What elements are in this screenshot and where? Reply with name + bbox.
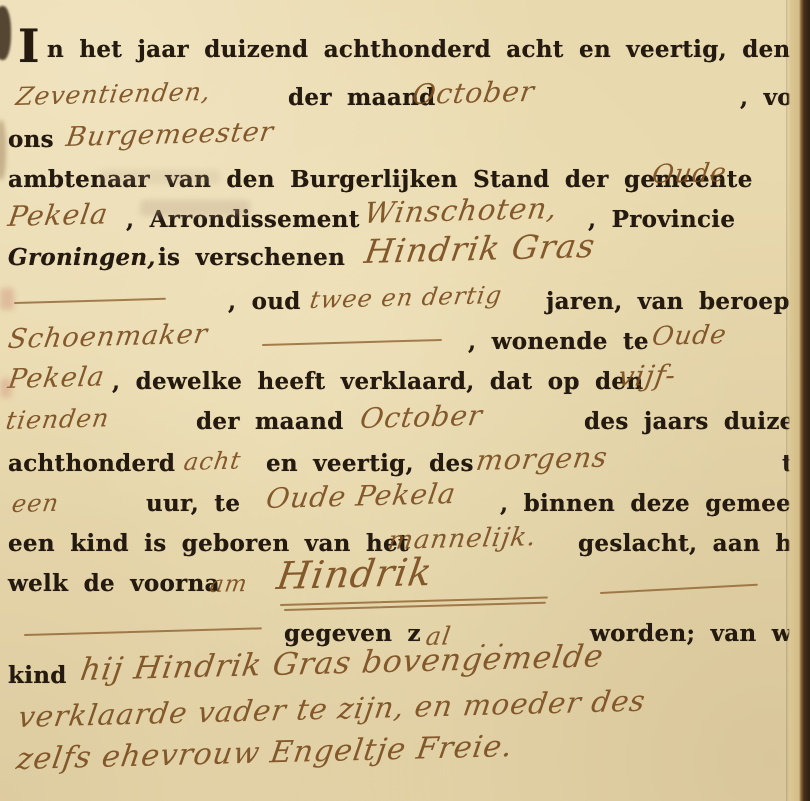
handwritten-birth-day-part2: tienden bbox=[4, 403, 112, 435]
printed-uur-te: uur, te bbox=[146, 490, 240, 517]
handwritten-municipality-2: Pekela bbox=[6, 197, 111, 233]
printed-en-veertig-des: en veertig, des bbox=[266, 450, 474, 477]
printed-worden-van-welk: worden; van welk bbox=[590, 620, 810, 647]
red-stain bbox=[0, 378, 12, 398]
handwritten-time-of-day: morgens bbox=[474, 441, 610, 477]
handwritten-age: twee en dertig bbox=[308, 281, 504, 314]
line-birth-month: tienden der maand October des jaars duiz… bbox=[0, 400, 810, 448]
printed-kind: kind bbox=[8, 662, 67, 689]
line-mother: zelfs ehevrouw Engeltje Freie. bbox=[0, 740, 810, 788]
line-registration-date: Zeventienden, der maand October , voor bbox=[0, 76, 810, 124]
handwritten-declarant-name: Hindrik Gras bbox=[362, 226, 598, 271]
printed-binnen-gemeente: , binnen deze gemeente, bbox=[500, 490, 810, 517]
ink-stroke bbox=[14, 298, 166, 304]
printed-achthonderd: achthonderd bbox=[8, 450, 175, 477]
document-page: I n het jaar duizend achthonderd acht en… bbox=[0, 0, 810, 801]
handwritten-residence-2: Pekela bbox=[6, 361, 107, 395]
line-verschenen: Groningen, is verschenen Hindrik Gras bbox=[0, 236, 810, 284]
handwritten-birth-day-part1: vijf- bbox=[616, 359, 678, 393]
printed-geslacht: geslacht, aan het- bbox=[578, 530, 810, 557]
ink-stroke bbox=[24, 627, 262, 636]
printed-des-jaars: des jaars duizend bbox=[584, 408, 810, 435]
printed-dewelke: , dewelke heeft verklaard, dat op den bbox=[112, 368, 643, 395]
ink-stroke bbox=[262, 339, 442, 346]
handwritten-am: am bbox=[208, 571, 250, 598]
handwritten-residence-1: Oude bbox=[650, 320, 729, 352]
handwritten-registration-day: Zeventienden, bbox=[14, 77, 213, 111]
printed-der-maand-2: der maand bbox=[196, 408, 344, 435]
bleed-through-text bbox=[140, 200, 250, 216]
handwritten-registration-month: October bbox=[410, 75, 537, 111]
ink-stroke bbox=[600, 584, 758, 594]
bleed-through-text bbox=[100, 170, 220, 184]
handwritten-profession: Schoenmaker bbox=[6, 319, 210, 355]
printed-jaren-beroep: jaren, van beroep bbox=[546, 288, 790, 315]
printed-year-line: n het jaar duizend achthonderd acht en v… bbox=[47, 36, 791, 63]
handwritten-birth-month: October bbox=[358, 399, 485, 435]
printed-provincie: , Provincie bbox=[588, 206, 735, 233]
printed-is-verschenen: is verschenen bbox=[158, 244, 345, 271]
handwritten-child-name: Hindrik bbox=[274, 550, 436, 598]
handwritten-acht: acht bbox=[182, 447, 243, 476]
printed-groningen: Groningen, bbox=[8, 244, 156, 271]
printed-wonende-te: , wonende te bbox=[468, 328, 649, 355]
handwritten-birthplace: Oude Pekela bbox=[264, 477, 458, 515]
line-year: I n het jaar duizend achthonderd acht en… bbox=[0, 22, 810, 70]
binding-edge bbox=[786, 0, 810, 801]
printed-ons: ons bbox=[8, 126, 54, 153]
line-child-name: welk de voorna am Hindrik bbox=[0, 560, 810, 608]
printed-welk-voorna: welk de voorna bbox=[8, 570, 220, 597]
handwritten-municipality-1: Oude bbox=[650, 158, 729, 190]
handwritten-official: Burgemeester bbox=[64, 117, 276, 153]
printed-oud: , oud bbox=[228, 288, 301, 315]
red-stain bbox=[0, 288, 14, 310]
handwritten-arrondissement: Winschoten, bbox=[362, 191, 560, 230]
handwritten-hour: een bbox=[10, 489, 61, 518]
dropcap-initial: I bbox=[18, 24, 40, 68]
